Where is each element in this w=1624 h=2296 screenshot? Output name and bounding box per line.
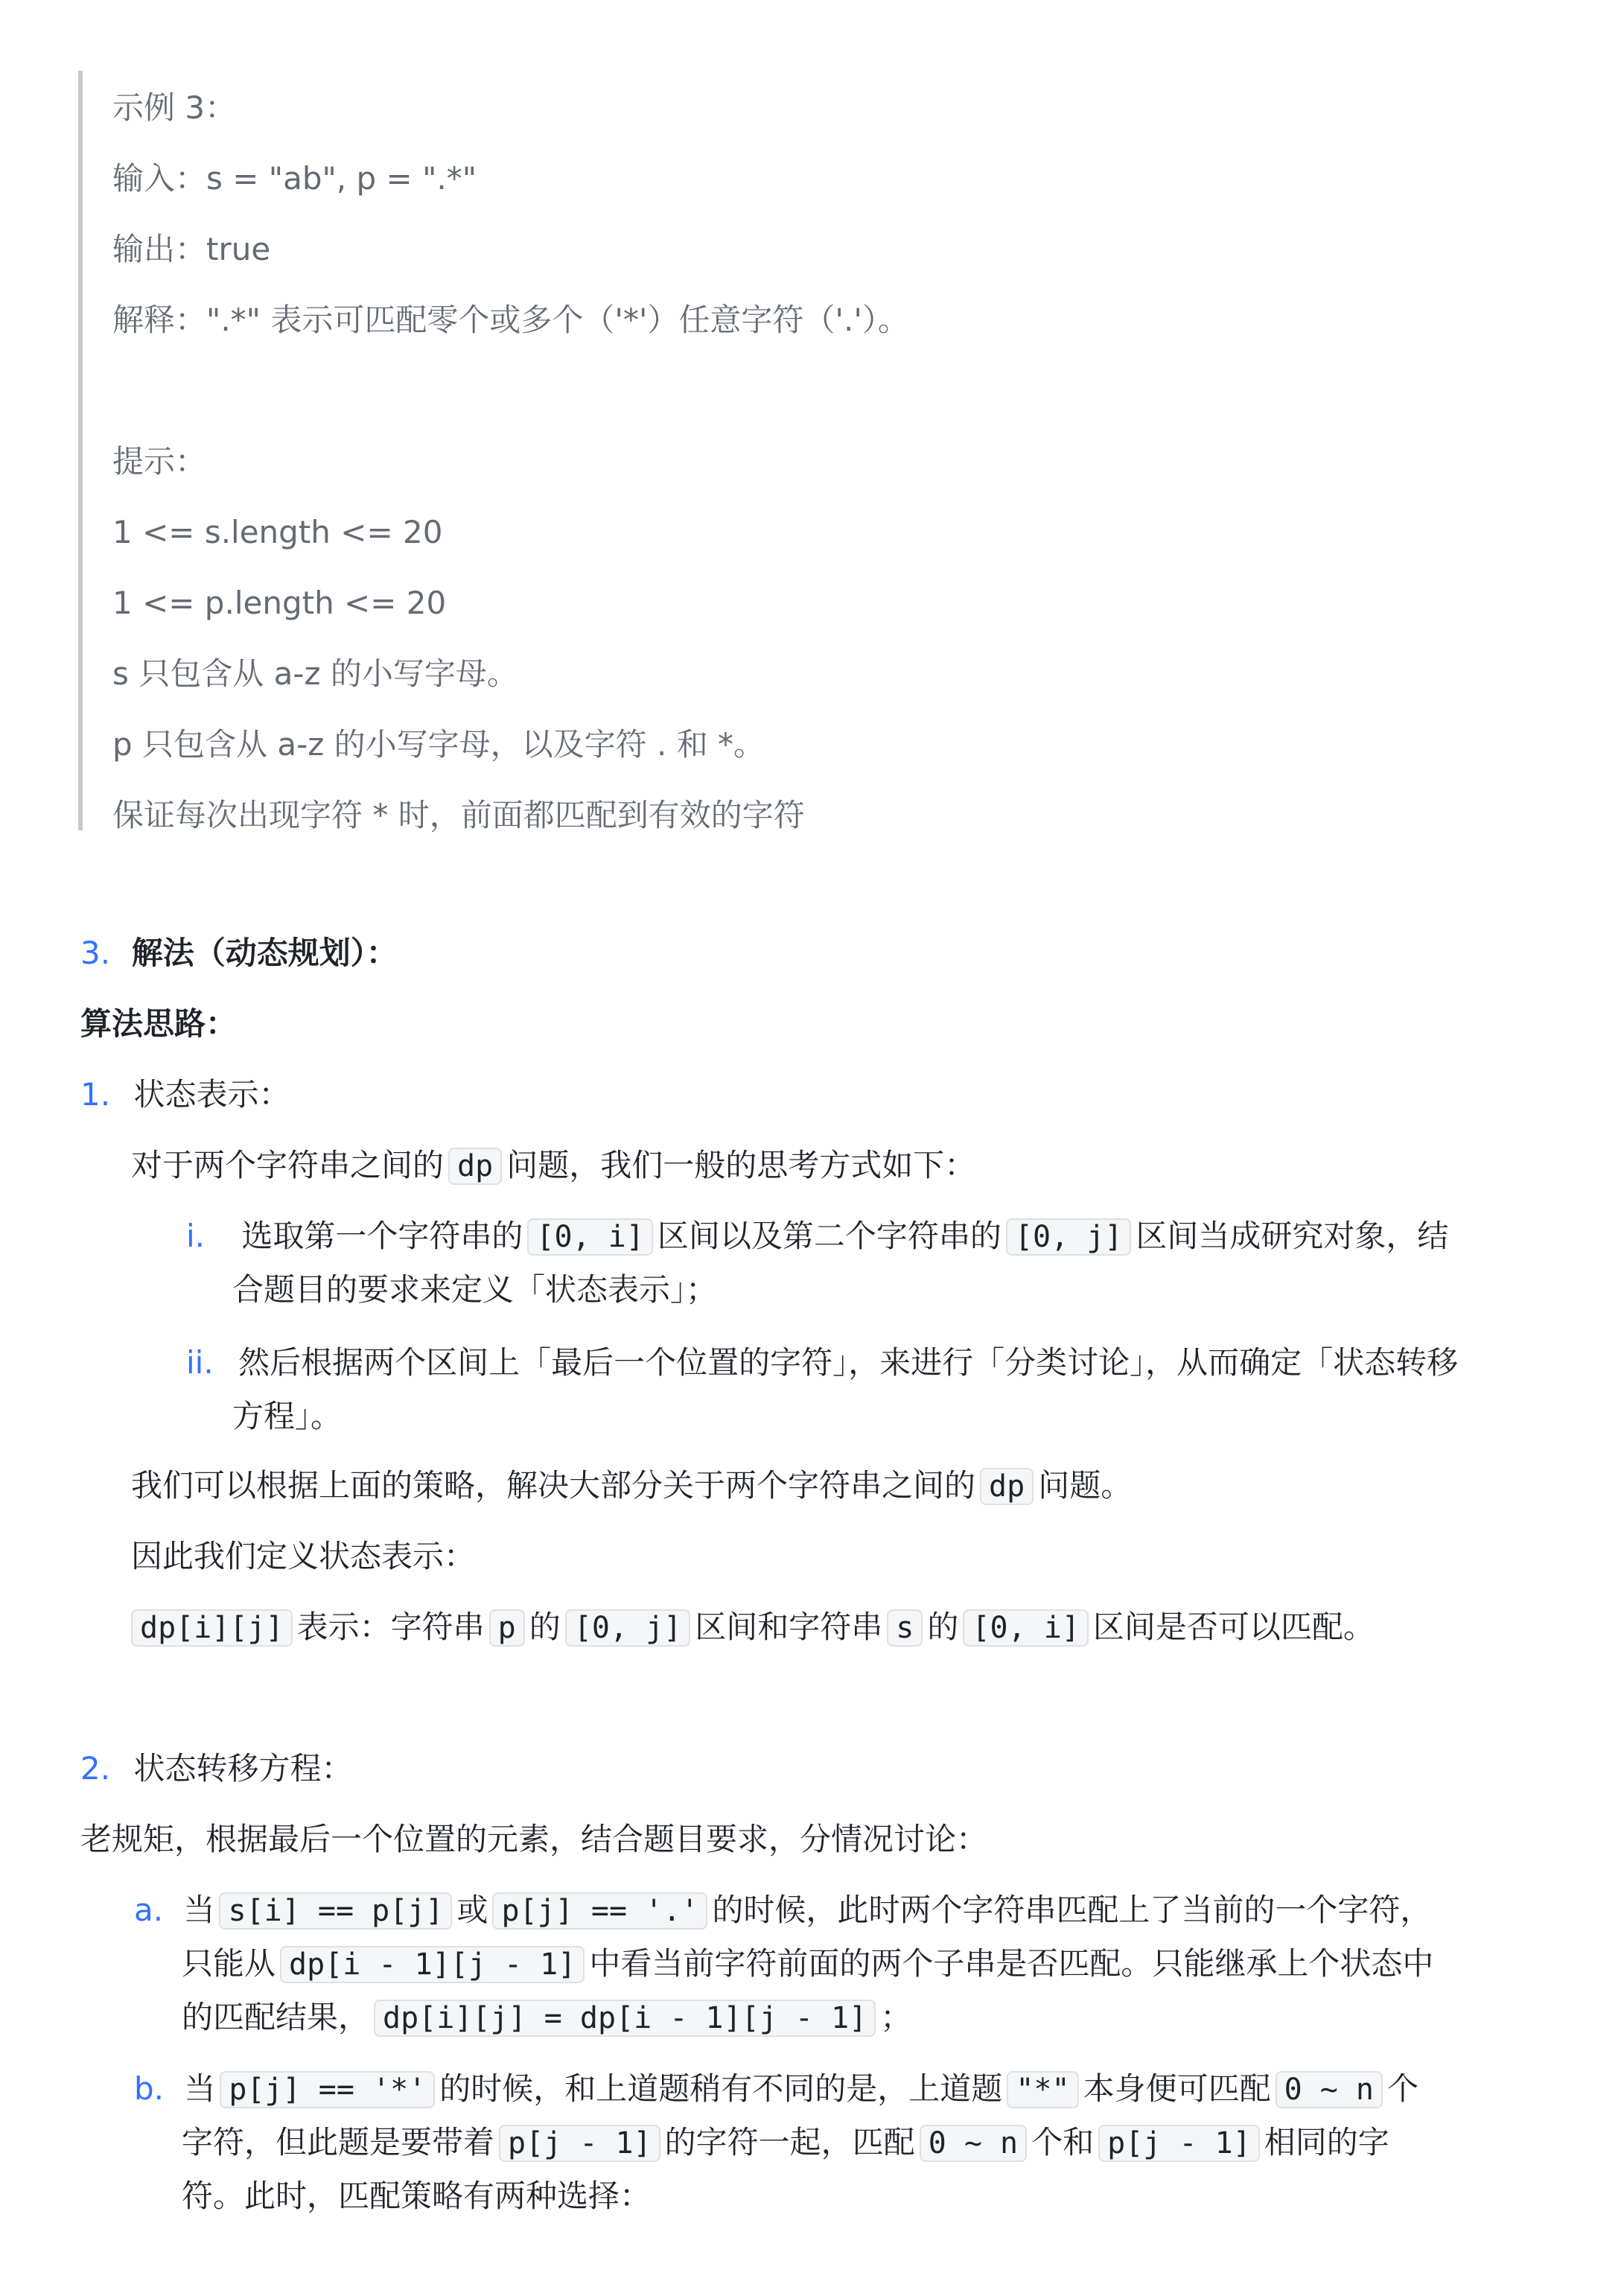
inline-code: 0 ~ n <box>1276 2071 1383 2108</box>
section-3-title: 解法（动态规划）： <box>132 935 398 971</box>
text: 个和 <box>1031 2124 1094 2160</box>
inline-code: dp <box>448 1148 502 1185</box>
text: 个 <box>1387 2070 1418 2107</box>
text: 的时候，此时两个字符串匹配上了当前的一个字符， <box>712 1892 1431 1928</box>
inline-code: s[i] == p[j] <box>219 1892 452 1930</box>
step-2-marker: 2. <box>80 1750 110 1787</box>
case-b-line-3: 符。此时，匹配策略有两种选择： <box>182 2174 651 2219</box>
text: 区间以及第二个字符串的 <box>657 1218 1002 1254</box>
sub-item-ii: ii. 然后根据两个区间上「最后一个位置的字符」，来进行「分类讨论」，从而确定「… <box>186 1341 1458 1385</box>
text: 或 <box>456 1892 488 1928</box>
case-b-marker: b. <box>134 2070 164 2107</box>
step-1-intro: 对于两个字符串之间的dp问题，我们一般的思考方式如下： <box>131 1143 975 1189</box>
sub-item-i-marker: i. <box>186 1218 205 1254</box>
inline-code: p <box>489 1609 525 1647</box>
example-blockquote: 示例 3： 输入：s = "ab", p = ".*" 输出：true 解释："… <box>78 71 1493 830</box>
inline-code: p[j - 1] <box>1098 2125 1260 2162</box>
inline-code: 0 ~ n <box>920 2125 1027 2162</box>
text: 对于两个字符串之间的 <box>131 1147 444 1183</box>
inline-code: dp[i][j] <box>131 1609 293 1647</box>
inline-code: dp[i - 1][j - 1] <box>280 1946 585 1983</box>
example-input: 输入：s = "ab", p = ".*" <box>112 156 477 201</box>
text: 当 <box>184 2070 215 2107</box>
inline-code: p[j] == '*' <box>220 2071 435 2108</box>
text: ； <box>880 1999 911 2035</box>
step-2-title: 状态转移方程： <box>133 1750 352 1787</box>
text: 表示：字符串 <box>297 1609 485 1645</box>
case-a-line-3: 的匹配结果，dp[i][j] = dp[i - 1][j - 1]； <box>182 1995 911 2041</box>
hints-title: 提示： <box>112 439 206 484</box>
case-a: a. 当s[i] == p[j]或p[j] == '.'的时候，此时两个字符串匹… <box>134 1888 1431 1933</box>
inline-code: [0, i] <box>963 1609 1089 1647</box>
step-1-marker: 1. <box>80 1076 110 1113</box>
step-1-heading: 1. 状态表示： <box>80 1072 290 1117</box>
text: 选取第一个字符串的 <box>241 1218 523 1254</box>
hint-item: s 只包含从 a-z 的小写字母。 <box>112 652 518 696</box>
hint-item: 保证每次出现字符 * 时，前面都匹配到有效的字符 <box>112 793 805 838</box>
sub-item-i-cont: 合题目的要求来定义「状态表示」； <box>232 1268 717 1312</box>
section-3-heading: 3. 解法（动态规划）： <box>80 931 398 976</box>
example-title: 示例 3： <box>112 86 236 130</box>
inline-code: dp[i][j] = dp[i - 1][j - 1] <box>374 2000 876 2037</box>
text: 然后根据两个区间上「最后一个位置的字符」，来进行「分类讨论」，从而确定「状态转移 <box>238 1344 1458 1381</box>
text: 区间是否可以匹配。 <box>1093 1609 1375 1645</box>
text: 区间当成研究对象，结 <box>1136 1218 1448 1254</box>
text: 问题。 <box>1038 1467 1132 1504</box>
text: 的字符一起，匹配 <box>665 2124 915 2160</box>
step-1-summary: 我们可以根据上面的策略，解决大部分关于两个字符串之间的dp问题。 <box>131 1463 1132 1509</box>
step-2-intro: 老规矩，根据最后一个位置的元素，结合题目要求，分情况讨论： <box>80 1817 987 1862</box>
text: 问题，我们一般的思考方式如下： <box>506 1147 975 1183</box>
text: 的时候，和上道题稍有不同的是，上道题 <box>439 2070 1002 2107</box>
inline-code: s <box>887 1609 923 1647</box>
inline-code: "*" <box>1007 2071 1078 2108</box>
algorithm-idea-heading: 算法思路： <box>80 1002 237 1046</box>
text: 我们可以根据上面的策略，解决大部分关于两个字符串之间的 <box>131 1467 975 1504</box>
case-a-marker: a. <box>134 1892 163 1928</box>
text: 的 <box>529 1609 561 1645</box>
case-b: b. 当p[j] == '*'的时候，和上道题稍有不同的是，上道题"*"本身便可… <box>134 2067 1418 2112</box>
hint-item: 1 <= s.length <= 20 <box>112 510 442 555</box>
text: 区间和字符串 <box>695 1609 882 1645</box>
text: 字符，但此题是要带着 <box>182 2124 494 2160</box>
hint-item: p 只包含从 a-z 的小写字母，以及字符 . 和 *。 <box>112 722 765 767</box>
step-1-title: 状态表示： <box>133 1076 290 1113</box>
text: 只能从 <box>182 1945 276 1982</box>
section-3-marker: 3. <box>80 935 110 971</box>
example-output: 输出：true <box>112 227 270 272</box>
step-1-define: 因此我们定义状态表示： <box>131 1534 475 1579</box>
state-definition: dp[i][j]表示：字符串p的[0, j]区间和字符串s的[0, i]区间是否… <box>131 1605 1375 1650</box>
text: 的 <box>927 1609 958 1645</box>
inline-code: [0, j] <box>565 1609 691 1647</box>
text: 的匹配结果， <box>182 1999 369 2035</box>
text: 当 <box>183 1892 214 1928</box>
inline-code: [0, j] <box>1006 1218 1132 1256</box>
sub-item-ii-cont: 方程」。 <box>232 1394 342 1439</box>
sub-item-ii-marker: ii. <box>186 1344 214 1381</box>
inline-code: p[j] == '.' <box>492 1892 707 1930</box>
inline-code: [0, i] <box>527 1218 653 1256</box>
text: 相同的字 <box>1264 2124 1389 2160</box>
step-2-heading: 2. 状态转移方程： <box>80 1746 352 1791</box>
case-a-line-2: 只能从dp[i - 1][j - 1]中看当前字符前面的两个子串是否匹配。只能继… <box>182 1942 1433 1987</box>
inline-code: dp <box>980 1468 1034 1505</box>
inline-code: p[j - 1] <box>499 2125 660 2162</box>
hint-item: 1 <= p.length <= 20 <box>112 581 446 626</box>
text: 本身便可匹配 <box>1083 2070 1271 2107</box>
sub-item-i: i. 选取第一个字符串的[0, i]区间以及第二个字符串的[0, j]区间当成研… <box>186 1214 1448 1259</box>
example-explanation: 解释：".*" 表示可匹配零个或多个（'*'）任意字符（'.'）。 <box>112 298 909 343</box>
case-b-line-2: 字符，但此题是要带着p[j - 1]的字符一起，匹配0 ~ n个和p[j - 1… <box>182 2120 1389 2166</box>
text: 中看当前字符前面的两个子串是否匹配。只能继承上个状态中 <box>589 1945 1433 1982</box>
